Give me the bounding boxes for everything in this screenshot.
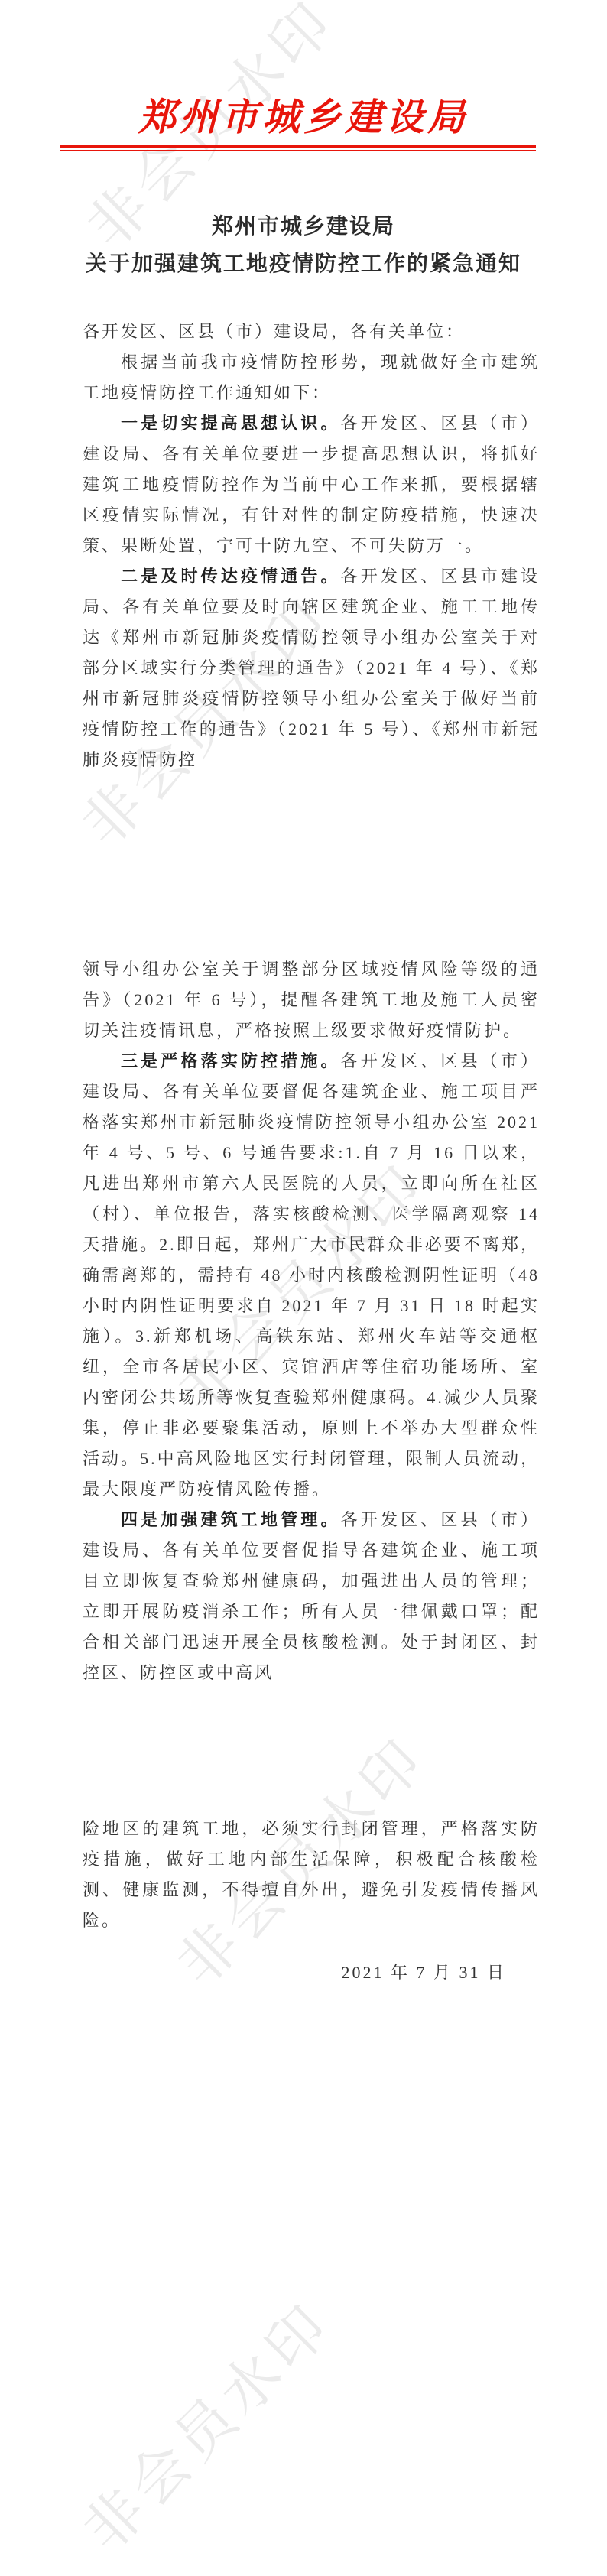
- agency-letterhead: 郑州市城乡建设局: [0, 90, 607, 144]
- letterhead-double-rule: [60, 145, 536, 151]
- date-line: 2021 年 7 月 31 日: [83, 1957, 506, 1988]
- body-paragraph: 各开发区、区县（市）建设局，各有关单位：: [83, 317, 540, 347]
- body-paragraph: 三是严格落实防控措施。各开发区、区县（市）建设局、各有关单位要督促各建筑企业、施…: [83, 1046, 540, 1505]
- body-paragraph: 险地区的建筑工地，必须实行封闭管理，严格落实防疫措施，做好工地内部生活保障，积极…: [83, 1814, 540, 1936]
- paragraph-lead: 一是切实提高思想认识。: [121, 414, 341, 433]
- page-1-body: 各开发区、区县（市）建设局，各有关单位：根据当前我市疫情防控形势，现就做好全市建…: [83, 317, 540, 775]
- paragraph-lead: 四是加强建筑工地管理。: [121, 1510, 341, 1529]
- document-page: 非会员水印 非会员水印 非会员水印 非会员水印 非会员水印 郑州市城乡建设局 郑…: [0, 0, 607, 2576]
- page-3-body: 险地区的建筑工地，必须实行封闭管理，严格落实防疫措施，做好工地内部生活保障，积极…: [83, 1814, 540, 1936]
- body-paragraph: 根据当前我市疫情防控形势，现就做好全市建筑工地疫情防控工作通知如下：: [83, 347, 540, 408]
- paragraph-lead: 三是严格落实防控措施。: [121, 1051, 341, 1070]
- diagonal-watermark: 非会员水印: [61, 2281, 347, 2567]
- body-paragraph: 一是切实提高思想认识。各开发区、区县（市）建设局、各有关单位要进一步提高思想认识…: [83, 408, 540, 561]
- body-paragraph: 领导小组办公室关于调整部分区域疫情风险等级的通告》（2021 年 6 号），提醒…: [83, 954, 540, 1046]
- body-paragraph: 四是加强建筑工地管理。各开发区、区县（市）建设局、各有关单位要督促指导各建筑企业…: [83, 1505, 540, 1688]
- page-2-body: 领导小组办公室关于调整部分区域疫情风险等级的通告》（2021 年 6 号），提醒…: [83, 954, 540, 1688]
- title-line-2: 关于加强建筑工地疫情防控工作的紧急通知: [0, 245, 607, 282]
- title-line-1: 郑州市城乡建设局: [0, 207, 607, 245]
- body-paragraph: 二是及时传达疫情通告。各开发区、区县市建设局、各有关单位要及时向辖区建筑企业、施…: [83, 561, 540, 775]
- letterhead-rule-thin-line: [60, 150, 536, 151]
- paragraph-lead: 二是及时传达疫情通告。: [121, 567, 341, 586]
- document-title: 郑州市城乡建设局 关于加强建筑工地疫情防控工作的紧急通知: [0, 207, 607, 282]
